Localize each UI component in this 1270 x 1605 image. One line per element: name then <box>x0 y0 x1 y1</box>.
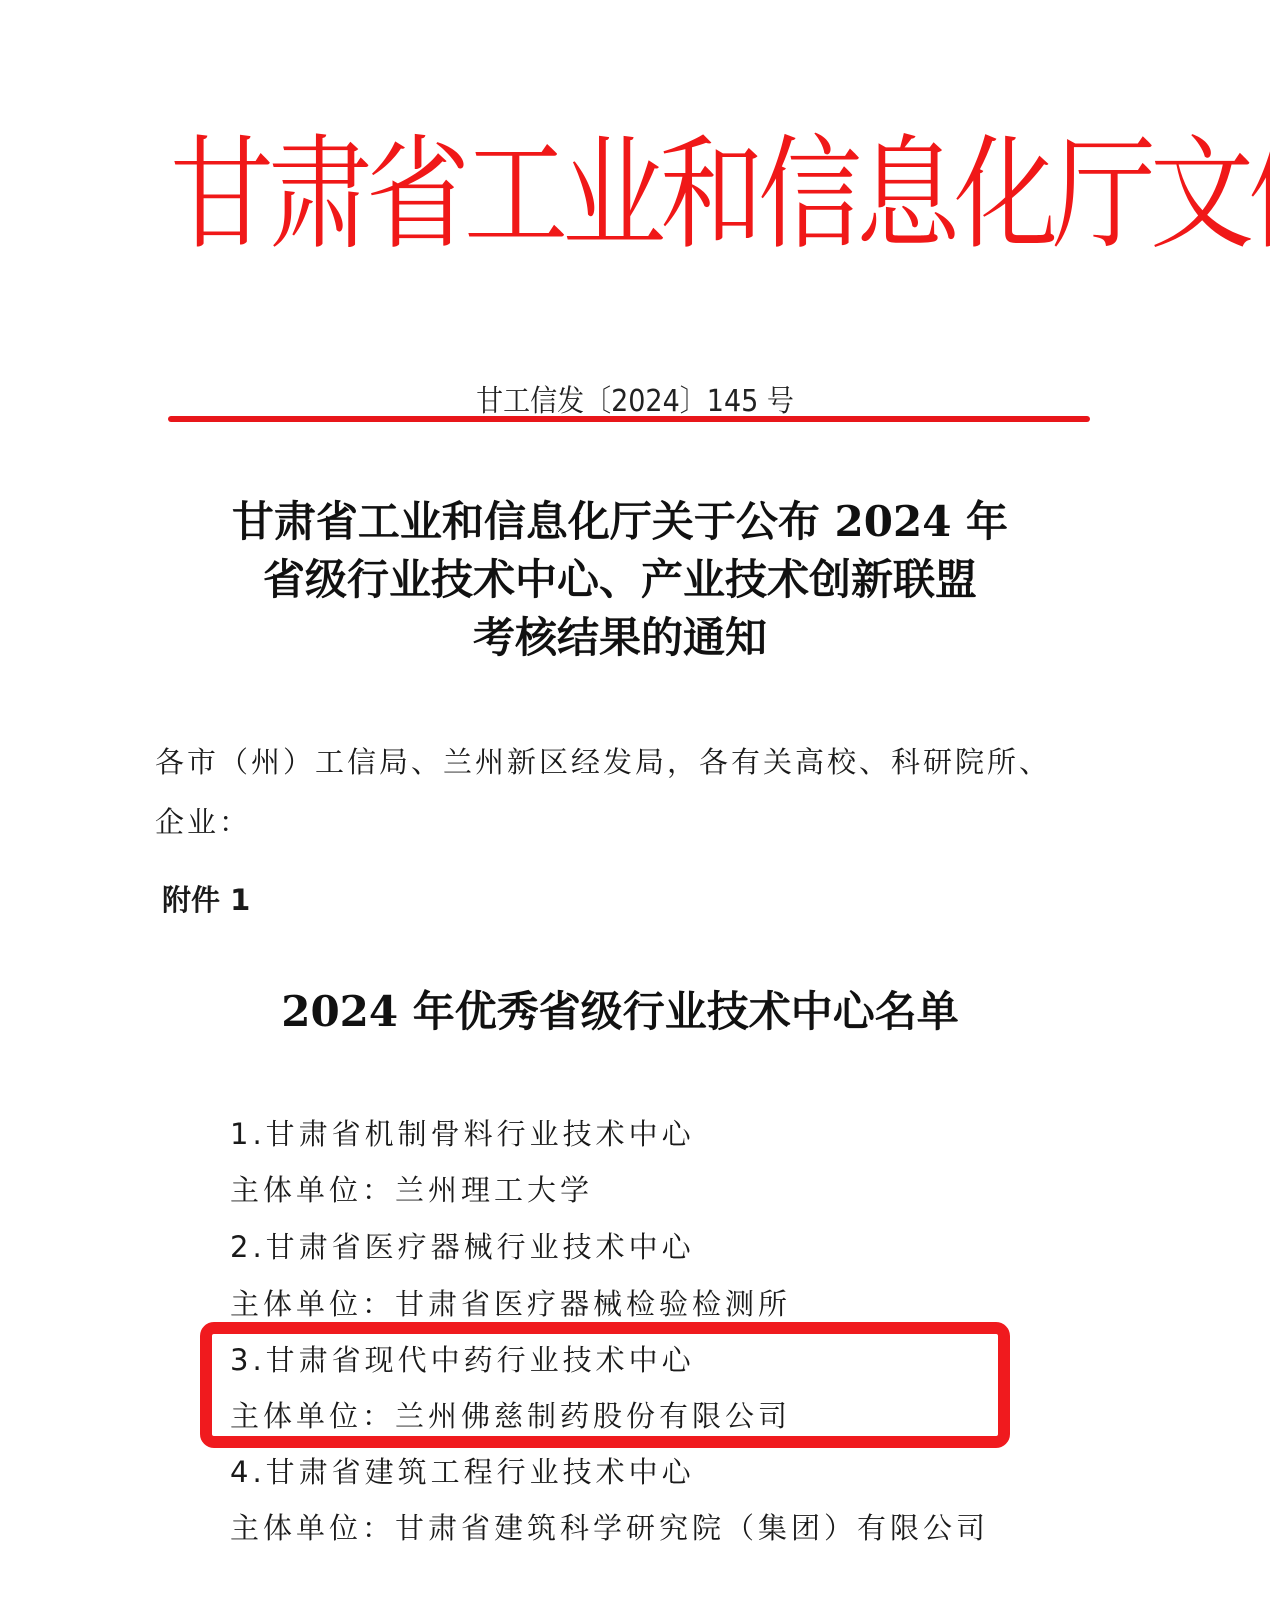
highlight-box <box>200 1322 1010 1448</box>
notice-title-line-2: 省级行业技术中心、产业技术创新联盟 <box>0 550 1240 610</box>
list-title: 2024 年优秀省级行业技术中心名单 <box>0 984 1240 1040</box>
list-item-host: 主体单位：甘肃省医疗器械检验检测所 <box>230 1284 791 1324</box>
red-divider <box>168 416 1090 422</box>
list-item-name: 1.甘肃省机制骨料行业技术中心 <box>230 1114 695 1154</box>
notice-title-line-3: 考核结果的通知 <box>0 608 1240 668</box>
list-item-host: 主体单位：兰州理工大学 <box>230 1170 593 1210</box>
annex-label: 附件 1 <box>162 880 250 920</box>
list-item-host: 主体单位：甘肃省建筑科学研究院（集团）有限公司 <box>230 1508 989 1548</box>
salutation-line-1: 各市（州）工信局、兰州新区经发局，各有关高校、科研院所、 <box>155 742 1051 782</box>
issuer-letterhead: 甘肃省工业和信息化厅文件 <box>170 112 1090 277</box>
notice-title-line-1: 甘肃省工业和信息化厅关于公布 2024 年 <box>0 492 1240 552</box>
list-item-name: 4.甘肃省建筑工程行业技术中心 <box>230 1452 695 1492</box>
salutation-line-2: 企业： <box>155 802 251 842</box>
list-item-name: 2.甘肃省医疗器械行业技术中心 <box>230 1227 695 1267</box>
